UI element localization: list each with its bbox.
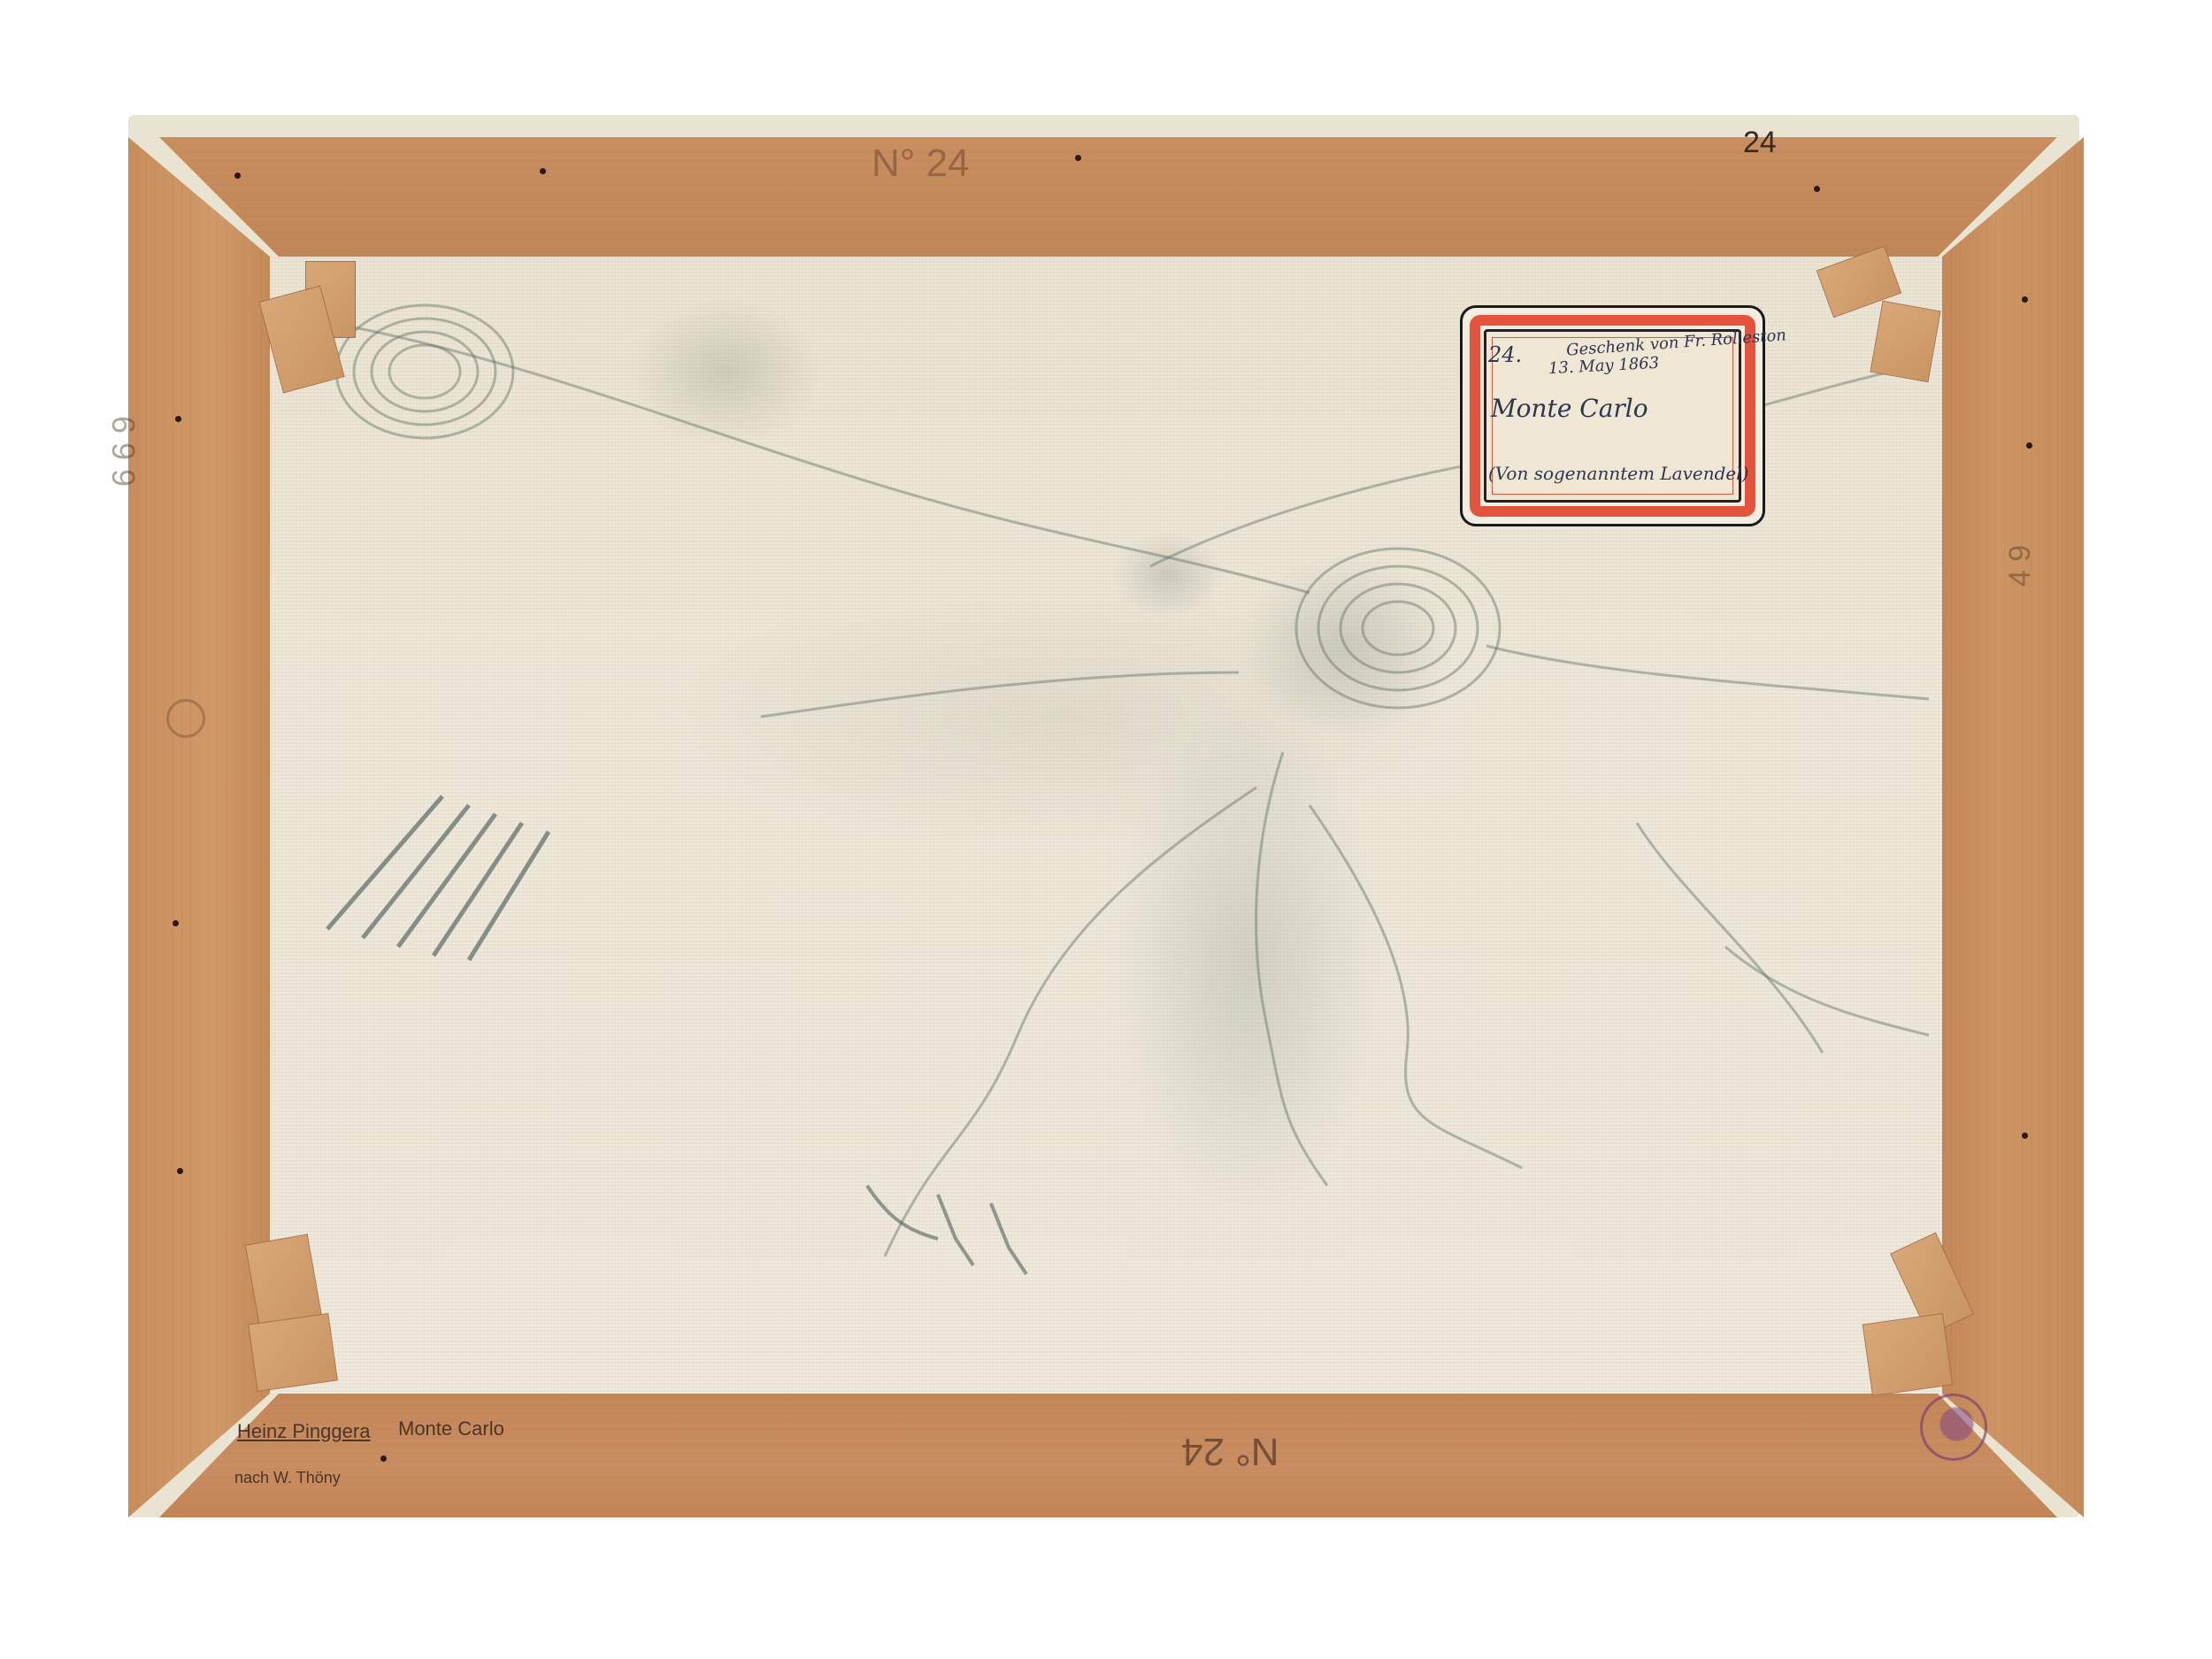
right-side-marks: 4 9: [2003, 545, 2038, 587]
ink-stamp-left-rail: [166, 699, 205, 738]
bottom-center-number: N° 24: [1181, 1429, 1279, 1473]
nail-hole: [2022, 1133, 2028, 1139]
top-right-number: 24: [1743, 126, 1777, 160]
bottom-after-credit: nach W. Thöny: [234, 1469, 341, 1487]
corner-key-bottom-left-2: [248, 1313, 338, 1392]
label-number: 24.: [1488, 342, 1522, 367]
corner-key-top-right-2: [1870, 301, 1940, 382]
nail-hole: [173, 920, 179, 926]
bottom-artist-name: Heinz Pinggera: [237, 1420, 370, 1443]
ink-stamp-bottom-right: [1920, 1394, 1987, 1461]
left-side-marks: 6 9 9: [104, 416, 142, 487]
top-rail-faint-number: N° 24: [872, 142, 970, 186]
nail-hole: [1814, 186, 1820, 192]
label-note: (Von sogenanntem Lavendel): [1488, 463, 1748, 484]
label-inner-panel: 24. Geschenk von Fr. Rolleston 13. May 1…: [1484, 329, 1741, 503]
nail-hole: [177, 1168, 183, 1174]
label-title: Monte Carlo: [1491, 394, 1648, 423]
nail-hole: [234, 173, 241, 179]
bottom-title: Monte Carlo: [398, 1417, 504, 1440]
stretcher-bottom-rail: [159, 1394, 2057, 1517]
nail-hole: [540, 168, 546, 174]
nail-hole: [175, 416, 181, 422]
nail-hole: [2022, 296, 2028, 303]
stretcher-left-rail: [128, 137, 270, 1517]
nail-hole: [1075, 155, 1081, 161]
nail-hole: [380, 1455, 387, 1462]
provenance-label: 24. Geschenk von Fr. Rolleston 13. May 1…: [1460, 305, 1765, 526]
nail-hole: [2026, 442, 2032, 449]
painting-back-photo: 24. Geschenk von Fr. Rolleston 13. May 1…: [0, 0, 2212, 1659]
corner-key-bottom-right-2: [1863, 1313, 1954, 1396]
